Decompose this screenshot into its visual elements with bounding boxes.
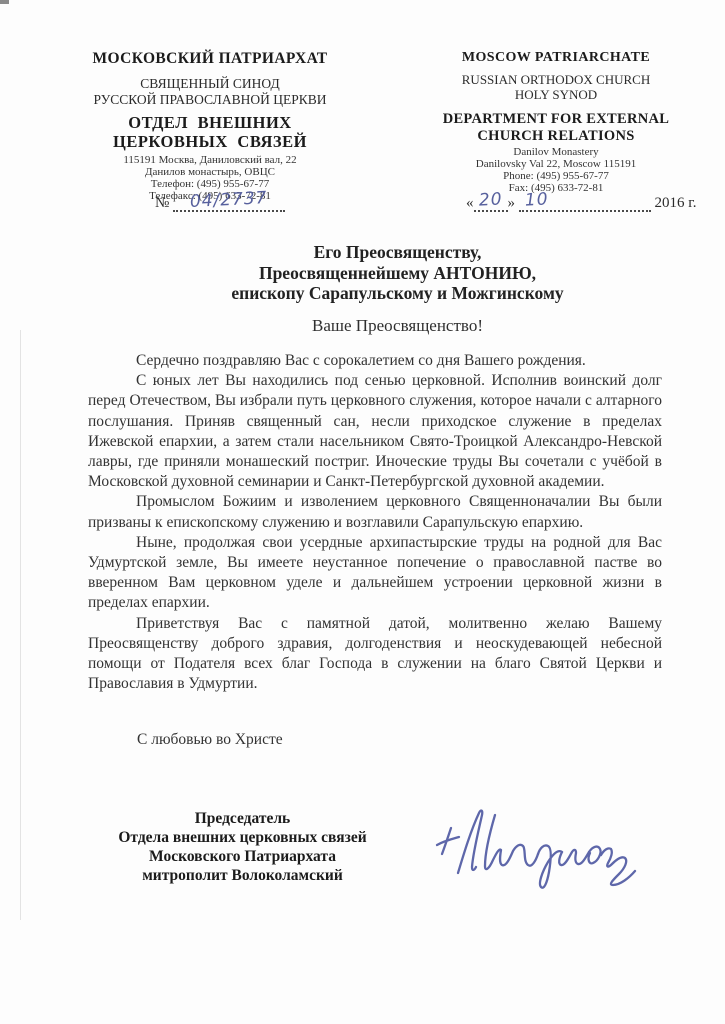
salutation: Ваше Преосвященство! xyxy=(140,316,655,336)
synod-lines-ru: СВЯЩЕННЫЙ СИНОД РУССКОЙ ПРАВОСЛАВНОЙ ЦЕР… xyxy=(78,76,342,107)
signature-autograph: + Иларион xyxy=(420,795,640,910)
open-quote: « xyxy=(466,195,474,211)
year-suffix: 2016 г. xyxy=(655,195,697,211)
reference-number-line: № 04/2737 xyxy=(155,192,285,212)
signer-title-line-2: Отдела внешних церковных связей xyxy=(65,828,420,847)
department-name-en: DEPARTMENT FOR EXTERNAL CHURCH RELATIONS xyxy=(425,111,687,144)
synod-line-1-ru: СВЯЩЕННЫЙ СИНОД xyxy=(78,76,342,92)
org-name-ru: МОСКОВСКИЙ ПАТРИАРХАТ xyxy=(78,50,342,68)
paragraph: С юных лет Вы находились под сенью церко… xyxy=(88,371,662,492)
paragraph: Ныне, продолжая свои усердные архипастыр… xyxy=(88,533,662,614)
department-line-1-ru: ОТДЕЛ ВНЕШНИХ xyxy=(78,114,342,133)
scan-corner-artifact xyxy=(0,0,9,4)
addressee-line-2: Преосвященнейшему АНТОНИЮ, xyxy=(140,263,655,284)
signature-title-block: Председатель Отдела внешних церковных св… xyxy=(65,809,420,885)
date-line: «20» 10 2016 г. xyxy=(466,192,696,212)
paragraph: Приветствуя Вас с памятной датой, молитв… xyxy=(88,614,662,695)
paragraph: Сердечно поздравляю Вас с сорокалетием с… xyxy=(88,351,662,371)
letterhead-english: MOSCOW PATRIARCHATE RUSSIAN ORTHODOX CHU… xyxy=(425,50,687,194)
month-dotted-line: 10 xyxy=(519,192,651,212)
addressee-line-1: Его Преосвященству, xyxy=(140,242,655,263)
department-line-1-en: DEPARTMENT FOR EXTERNAL xyxy=(425,111,687,128)
org-name-en: MOSCOW PATRIARCHATE xyxy=(425,50,687,66)
month-handwritten: 10 xyxy=(524,189,549,210)
address-line: Данилов монастырь, ОВЦС xyxy=(78,166,342,178)
letterhead-russian: МОСКОВСКИЙ ПАТРИАРХАТ СВЯЩЕННЫЙ СИНОД РУ… xyxy=(78,50,342,202)
letter-page: МОСКОВСКИЙ ПАТРИАРХАТ СВЯЩЕННЫЙ СИНОД РУ… xyxy=(0,0,725,1024)
scan-line-artifact xyxy=(20,330,21,920)
reference-number-handwritten: 04/2737 xyxy=(190,188,269,212)
address-line: Danilovsky Val 22, Moscow 115191 xyxy=(425,158,687,170)
synod-lines-en: RUSSIAN ORTHODOX CHURCH HOLY SYNOD xyxy=(425,73,687,102)
department-line-2-ru: ЦЕРКОВНЫХ СВЯЗЕЙ xyxy=(78,133,342,152)
department-name-ru: ОТДЕЛ ВНЕШНИХ ЦЕРКОВНЫХ СВЯЗЕЙ xyxy=(78,114,342,151)
letter-body: Сердечно поздравляю Вас с сорокалетием с… xyxy=(88,351,662,694)
signer-title-line-4: митрополит Волоколамский xyxy=(65,866,420,885)
addressee-line-3: епископу Сарапульскому и Можгинскому xyxy=(140,283,655,304)
close-quote: » xyxy=(508,195,516,211)
department-line-2-en: CHURCH RELATIONS xyxy=(425,128,687,145)
addressee-block: Его Преосвященству, Преосвященнейшему АН… xyxy=(140,242,655,304)
closing-line: С любовью во Христе xyxy=(137,731,283,749)
signer-title-line-1: Председатель xyxy=(65,809,420,828)
day-handwritten: 20 xyxy=(478,189,503,210)
reference-dotted-line: 04/2737 xyxy=(173,192,285,212)
phone-line: Phone: (495) 955-67-77 xyxy=(425,170,687,182)
paragraph: Промыслом Божиим и изволением церковного… xyxy=(88,492,662,532)
synod-line-2-en: HOLY SYNOD xyxy=(425,88,687,103)
signer-title-line-3: Московского Патриархата xyxy=(65,847,420,866)
signature-ink-icon xyxy=(420,795,640,910)
synod-line-2-ru: РУССКОЙ ПРАВОСЛАВНОЙ ЦЕРКВИ xyxy=(78,92,342,108)
synod-line-1-en: RUSSIAN ORTHODOX CHURCH xyxy=(425,73,687,88)
phone-line: Телефон: (495) 955-67-77 xyxy=(78,178,342,190)
reference-label: № xyxy=(155,195,169,211)
address-block-en: Danilov Monastery Danilovsky Val 22, Mos… xyxy=(425,146,687,194)
address-line: Danilov Monastery xyxy=(425,146,687,158)
signature-autograph-text: + Иларион xyxy=(420,910,421,911)
day-dotted-line: 20 xyxy=(474,192,508,212)
address-line: 115191 Москва, Даниловский вал, 22 xyxy=(78,154,342,166)
